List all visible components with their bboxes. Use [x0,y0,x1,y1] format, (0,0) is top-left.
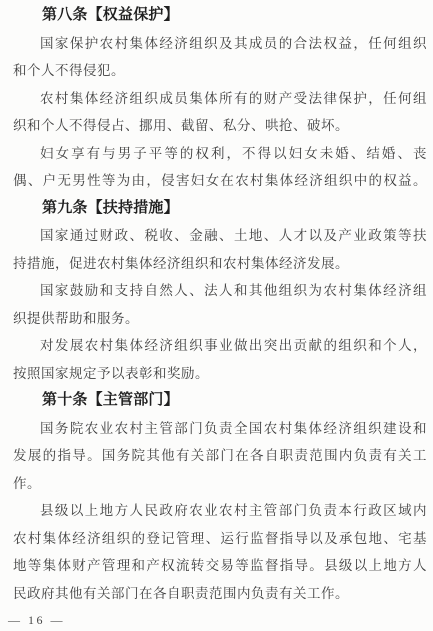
text-line: 地等集体财产管理和产权流转交易等监督指导。县级以上地方人 [13,552,427,580]
text-line: 和个人不得侵犯。 [13,57,427,85]
text-line: 民政府其他有关部门在各自职责范围内负责有关工作。 [13,580,427,608]
text-line: 对发展农村集体经济组织事业做出突出贡献的组织和个人， [13,332,427,360]
text-line: 国家保护农村集体经济组织及其成员的合法权益，任何组织 [13,30,427,58]
document-page: 第八条【权益保护】 国家保护农村集体经济组织及其成员的合法权益，任何组织 和个人… [0,0,433,631]
text-line: 织提供帮助和服务。 [13,305,427,333]
article-10-heading: 第十条【主管部门】 [13,387,427,415]
text-line: 农村集体经济组织成员集体所有的财产受法律保护，任何组 [13,85,427,113]
text-line: 按照国家规定予以表彰和奖励。 [13,360,427,388]
text-line: 国家通过财政、税收、金融、土地、人才以及产业政策等扶 [13,222,427,250]
text-line: 国家鼓励和支持自然人、法人和其他组织为农村集体经济组 [13,277,427,305]
text-line: 国务院农业农村主管部门负责全国农村集体经济组织建设和 [13,415,427,443]
article-8-heading: 第八条【权益保护】 [13,2,427,30]
text-line: 持措施，促进农村集体经济组织和农村集体经济发展。 [13,250,427,278]
article-9-heading: 第九条【扶持措施】 [13,195,427,223]
text-line: 妇女享有与男子平等的权利，不得以妇女未婚、结婚、丧 [13,140,427,168]
text-line: 作。 [13,470,427,498]
text-line: 织和个人不得侵占、挪用、截留、私分、哄抢、破坏。 [13,112,427,140]
text-line: 发展的指导。国务院其他有关部门在各自职责范围内负责有关工 [13,442,427,470]
page-number: — 16 — [8,607,427,631]
text-line: 县级以上地方人民政府农业农村主管部门负责本行政区域内 [13,497,427,525]
text-line: 偶、户无男性等为由，侵害妇女在农村集体经济组织中的权益。 [13,167,427,195]
text-line: 农村集体经济组织的登记管理、运行监督指导以及承包地、宅基 [13,525,427,553]
